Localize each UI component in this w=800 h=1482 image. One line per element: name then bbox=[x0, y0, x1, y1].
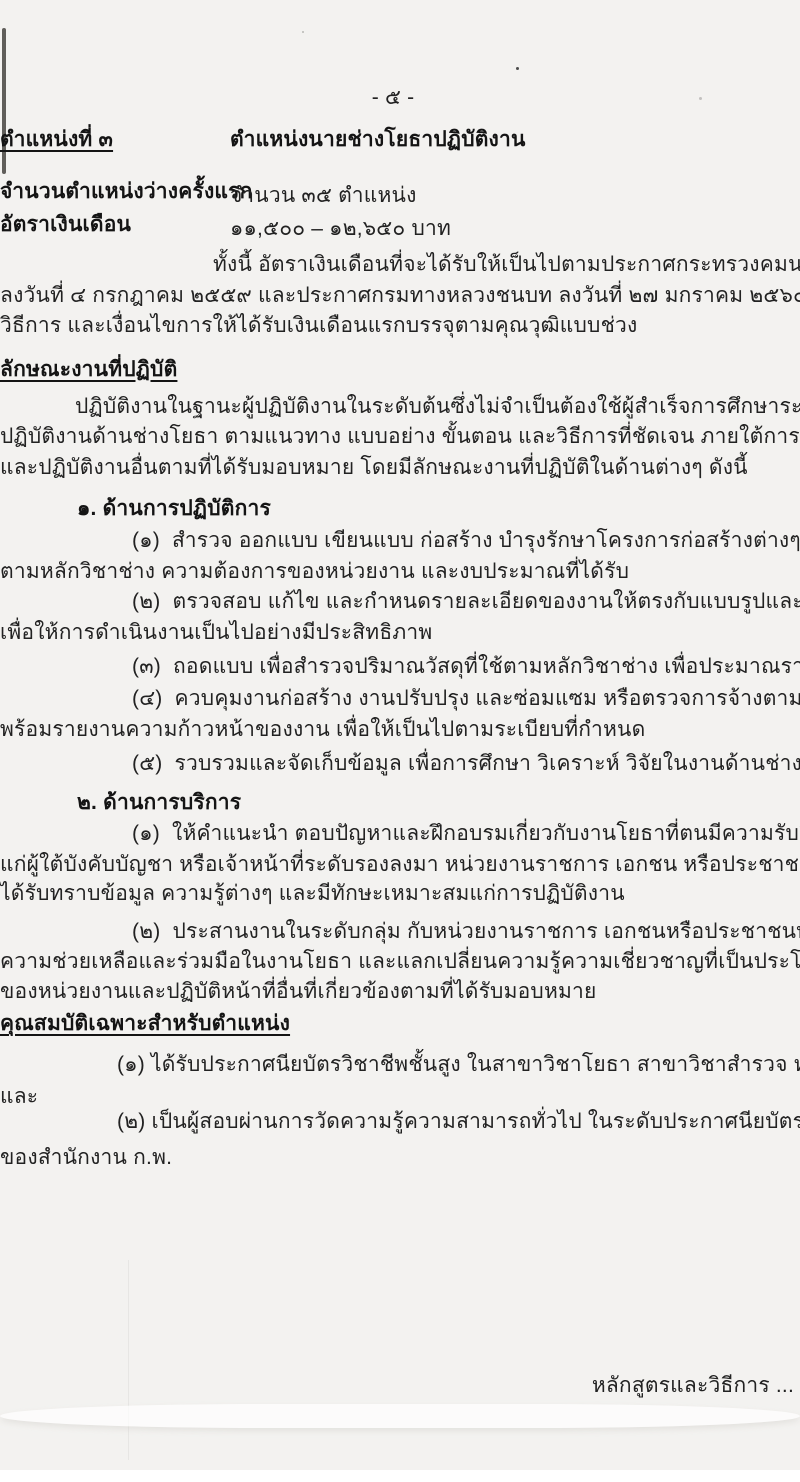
scan-bottom-strip bbox=[0, 1470, 800, 1482]
qualification-line: (๒) เป็นผู้สอบผ่านการวัดความรู้ความสามาร… bbox=[117, 1108, 800, 1136]
duty-operations-line: เพื่อให้การดำเนินงานเป็นไปอย่างมีประสิทธ… bbox=[0, 619, 432, 647]
duties-intro-line: ปฏิบัติงานด้านช่างโยธา ตามแนวทาง แบบอย่า… bbox=[0, 423, 800, 451]
salary-note-line: วิธีการ และเงื่อนไขการให้ได้รับเงินเดือน… bbox=[0, 312, 637, 340]
scan-crease-line bbox=[128, 1260, 129, 1460]
duties-operations-title: ๑. ด้านการปฏิบัติการ bbox=[77, 495, 271, 523]
salary-label: อัตราเงินเดือน bbox=[0, 211, 131, 239]
vacancy-value: จำนวน ๓๕ ตำแหน่ง bbox=[230, 182, 417, 210]
duty-operations-line: (๓) ถอดแบบ เพื่อสำรวจปริมาณวัสดุที่ใช้ตา… bbox=[132, 653, 800, 681]
duty-service-line: ได้รับทราบข้อมูล ความรู้ต่างๆ และมีทักษะ… bbox=[0, 880, 625, 908]
duty-service-line: แก่ผู้ใต้บังคับบัญชา หรือเจ้าหน้าที่ระดั… bbox=[0, 851, 800, 879]
scan-speck bbox=[516, 67, 519, 70]
scanned-document-page: - ๕ - ตำแหน่งที่ ๓ ตำแหน่งนายช่างโยธาปฏิ… bbox=[0, 0, 800, 1482]
duties-heading: ลักษณะงานที่ปฏิบัติ bbox=[0, 356, 177, 384]
salary-value: ๑๑,๕๐๐ – ๑๒,๖๕๐ บาท bbox=[230, 215, 451, 243]
duty-operations-line: ตามหลักวิชาช่าง ความต้องการของหน่วยงาน แ… bbox=[0, 558, 629, 586]
duty-operations-line: (๒) ตรวจสอบ แก้ไข และกำหนดรายละเอียดของง… bbox=[132, 588, 800, 616]
scan-speck bbox=[302, 31, 304, 33]
duty-operations-line: (๑) สำรวจ ออกแบบ เขียนแบบ ก่อสร้าง บำรุง… bbox=[132, 527, 800, 555]
salary-note-line: ลงวันที่ ๔ กรกฎาคม ๒๕๕๙ และประกาศกรมทางห… bbox=[0, 282, 800, 310]
duties-service-title: ๒. ด้านการบริการ bbox=[77, 789, 241, 817]
position-title: ตำแหน่งนายช่างโยธาปฏิบัติงาน bbox=[230, 126, 526, 154]
duties-intro-line: และปฏิบัติงานอื่นตามที่ได้รับมอบหมาย โดย… bbox=[0, 454, 748, 482]
qualification-line: ของสำนักงาน ก.พ. bbox=[0, 1144, 172, 1172]
position-no-label: ตำแหน่งที่ ๓ bbox=[0, 126, 113, 154]
page-number: - ๕ - bbox=[0, 84, 786, 112]
duties-intro-line: ปฏิบัติงานในฐานะผู้ปฏิบัติงานในระดับต้นซ… bbox=[75, 393, 800, 421]
duty-service-line: (๒) ประสานงานในระดับกลุ่ม กับหน่วยงานราช… bbox=[132, 918, 800, 946]
scan-fold-band bbox=[0, 1404, 800, 1428]
duty-operations-line: (๕) รวบรวมและจัดเก็บข้อมูล เพื่อการศึกษา… bbox=[132, 750, 800, 778]
qualification-line: และ bbox=[0, 1083, 38, 1111]
duty-service-line: ความช่วยเหลือและร่วมมือในงานโยธา และแลกเ… bbox=[0, 948, 800, 976]
qualification-line: (๑) ได้รับประกาศนียบัตรวิชาชีพชั้นสูง ใน… bbox=[117, 1051, 800, 1079]
duty-service-line: (๑) ให้คำแนะนำ ตอบปัญหาและฝึกอบรมเกี่ยวก… bbox=[132, 820, 800, 848]
duty-operations-line: พร้อมรายงานความก้าวหน้าของงาน เพื่อให้เป… bbox=[0, 716, 645, 744]
duty-operations-line: (๔) ควบคุมงานก่อสร้าง งานปรับปรุง และซ่อ… bbox=[132, 685, 800, 713]
salary-note-line: ทั้งนี้ อัตราเงินเดือนที่จะได้รับให้เป็น… bbox=[213, 251, 800, 279]
duty-service-line: ของหน่วยงานและปฏิบัติหน้าที่อื่นที่เกี่ย… bbox=[0, 978, 597, 1006]
vacancy-label: จำนวนตำแหน่งว่างครั้งแรก bbox=[0, 178, 253, 206]
qualifications-heading: คุณสมบัติเฉพาะสำหรับตำแหน่ง bbox=[0, 1010, 290, 1038]
footer-continuation-note: หลักสูตรและวิธีการ ... bbox=[592, 1372, 794, 1400]
